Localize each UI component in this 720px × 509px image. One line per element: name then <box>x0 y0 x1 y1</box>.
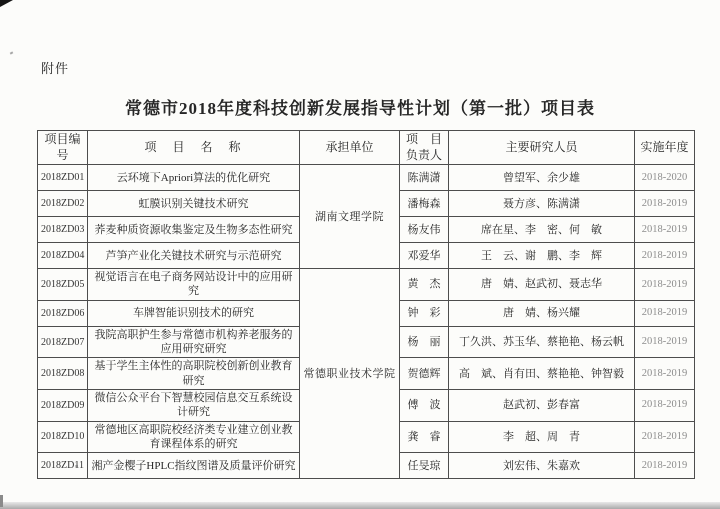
project-researchers-cell: 丁久洪、苏玉华、蔡艳艳、杨云帆 <box>449 326 635 358</box>
project-years-cell: 2018-2019 <box>635 269 695 301</box>
project-leader-cell: 杨 丽 <box>400 326 449 358</box>
scan-speck <box>10 51 14 54</box>
project-years-cell: 2018-2019 <box>635 243 695 269</box>
project-name-cell: 车牌智能识别技术的研究 <box>88 300 300 326</box>
project-researchers-cell: 李 超、周 青 <box>449 421 635 453</box>
project-researchers-cell: 高 斌、肖有田、蔡艳艳、钟智毅 <box>449 358 635 390</box>
table-row: 2018ZD01云环境下Apriori算法的优化研究湖南文理学院陈满潇曾望军、余… <box>38 165 695 191</box>
project-years-cell: 2018-2019 <box>635 453 695 479</box>
project-name-cell: 视觉语言在电子商务网站设计中的应用研究 <box>88 269 300 301</box>
project-leader-cell: 贺德辉 <box>400 358 449 390</box>
projects-table: 项目编号 项 目 名 称 承担单位 项 目 负责人 主要研究人员 实施年度 20… <box>37 130 695 479</box>
project-leader-cell: 邓爱华 <box>400 243 449 269</box>
project-years-cell: 2018-2020 <box>635 165 695 191</box>
project-name-cell: 微信公众平台下智慧校园信息交互系统设计研究 <box>88 389 300 421</box>
scan-bottom-edge-artifact <box>0 502 720 509</box>
project-researchers-cell: 赵武初、彭春富 <box>449 389 635 421</box>
project-leader-cell: 杨友伟 <box>400 217 449 243</box>
project-years-cell: 2018-2019 <box>635 191 695 217</box>
scan-edge-mark <box>0 495 3 507</box>
project-name-cell: 云环境下Apriori算法的优化研究 <box>88 165 300 191</box>
project-id-cell: 2018ZD02 <box>38 191 88 217</box>
header-leader: 项 目 负责人 <box>400 131 449 165</box>
project-years-cell: 2018-2019 <box>635 217 695 243</box>
project-leader-cell: 黄 杰 <box>400 269 449 301</box>
project-name-cell: 湘产金樱子HPLC指纹图谱及质量评价研究 <box>88 453 300 479</box>
page-title: 常德市2018年度科技创新发展指导性计划（第一批）项目表 <box>0 94 720 119</box>
project-name-cell: 荞麦种质资源收集鉴定及生物多态性研究 <box>88 217 300 243</box>
project-leader-cell: 龚 睿 <box>400 421 449 453</box>
project-name-cell: 我院高职护生参与常德市机构养老服务的应用研究研究 <box>88 326 300 358</box>
project-leader-cell: 钟 彩 <box>400 300 449 326</box>
header-unit: 承担单位 <box>300 131 400 165</box>
header-years: 实施年度 <box>635 131 695 165</box>
scan-corner-artifact <box>0 0 13 7</box>
project-researchers-cell: 唐 婧、杨兴耀 <box>449 300 635 326</box>
unit-cell: 常德职业技术学院 <box>300 269 400 479</box>
project-researchers-cell: 王 云、谢 鹏、李 辉 <box>449 243 635 269</box>
project-name-cell: 基于学生主体性的高职院校创新创业教育研究 <box>88 358 300 390</box>
project-id-cell: 2018ZD01 <box>38 165 88 191</box>
project-id-cell: 2018ZD08 <box>38 358 88 390</box>
unit-cell: 湖南文理学院 <box>300 165 400 269</box>
project-researchers-cell: 唐 婧、赵武初、聂志华 <box>449 269 635 301</box>
table-header-row: 项目编号 项 目 名 称 承担单位 项 目 负责人 主要研究人员 实施年度 <box>38 131 695 165</box>
project-years-cell: 2018-2019 <box>635 326 695 358</box>
table-row: 2018ZD05视觉语言在电子商务网站设计中的应用研究常德职业技术学院黄 杰唐 … <box>38 269 695 301</box>
project-id-cell: 2018ZD03 <box>38 217 88 243</box>
project-name-cell: 虹膜识别关键技术研究 <box>88 191 300 217</box>
header-project-id: 项目编号 <box>38 131 88 165</box>
project-years-cell: 2018-2019 <box>635 421 695 453</box>
project-researchers-cell: 刘宏伟、朱嘉欢 <box>449 453 635 479</box>
project-researchers-cell: 席在星、李 密、何 敏 <box>449 217 635 243</box>
project-id-cell: 2018ZD10 <box>38 421 88 453</box>
attachment-label: 附件 <box>41 58 69 77</box>
project-name-cell: 芦笋产业化关键技术研究与示范研究 <box>88 243 300 269</box>
project-researchers-cell: 聂方彦、陈满潇 <box>449 191 635 217</box>
projects-table-body: 2018ZD01云环境下Apriori算法的优化研究湖南文理学院陈满潇曾望军、余… <box>38 165 695 479</box>
project-leader-cell: 潘梅森 <box>400 191 449 217</box>
project-leader-cell: 傅 波 <box>400 389 449 421</box>
project-researchers-cell: 曾望军、余少雄 <box>449 165 635 191</box>
project-id-cell: 2018ZD06 <box>38 300 88 326</box>
project-leader-cell: 陈满潇 <box>400 165 449 191</box>
header-project-name: 项 目 名 称 <box>88 131 300 165</box>
project-years-cell: 2018-2019 <box>635 389 695 421</box>
header-researchers: 主要研究人员 <box>449 131 635 165</box>
project-id-cell: 2018ZD04 <box>38 243 88 269</box>
project-id-cell: 2018ZD09 <box>38 389 88 421</box>
project-leader-cell: 任旻琼 <box>400 453 449 479</box>
project-name-cell: 常德地区高职院校经济类专业建立创业教育课程体系的研究 <box>88 421 300 453</box>
project-id-cell: 2018ZD05 <box>38 269 88 301</box>
project-years-cell: 2018-2019 <box>635 300 695 326</box>
project-years-cell: 2018-2019 <box>635 358 695 390</box>
project-id-cell: 2018ZD11 <box>38 453 88 479</box>
project-id-cell: 2018ZD07 <box>38 326 88 358</box>
